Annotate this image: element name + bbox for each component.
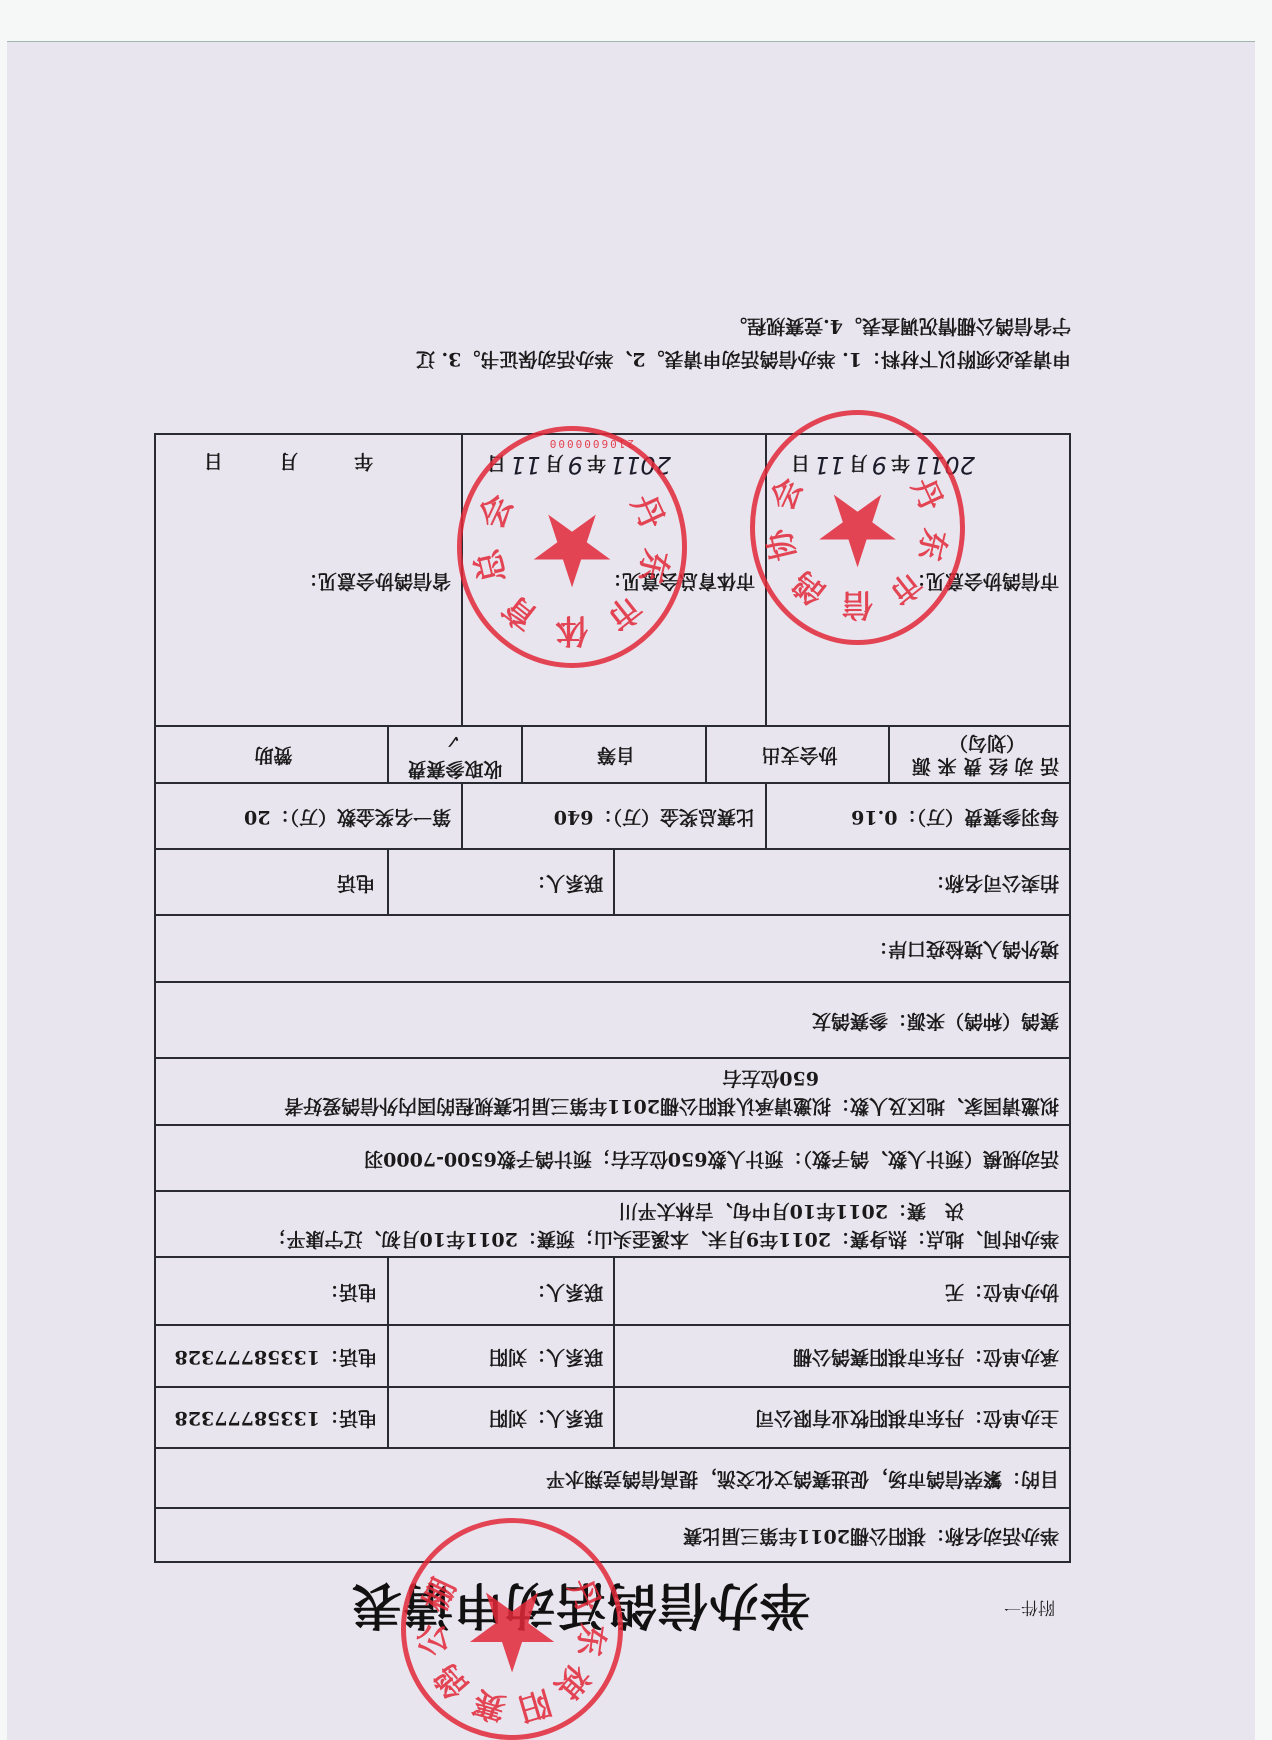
attachment-label: 附件一 [1004,1597,1055,1622]
row-co-organizer: 协办单位：无 联系人： 电话： [155,1257,1070,1325]
organizer-unit-value: 丹东市祺阳赛鸽公棚 [793,1346,964,1368]
purpose-value: 繁荣信鸽市场，促进赛鸽文化交流，提高信鸽竞翔水平 [546,1468,1002,1490]
organizer-phone-label: 电话： [320,1346,377,1368]
note-line1: 申请表必须附以下材料：1. 举办信鸽活动申请表。2、举办活动保证书。3. 辽 [171,342,1071,375]
organizer-phone-cell: 电话：13358777328 [155,1325,388,1387]
co-organizer-phone-label: 电话： [320,1281,377,1303]
time-place-line1: 举办时间、地点：热身赛：2011年9月末、本溪歪头山；预赛：2011年10月初、… [166,1224,1059,1252]
row-organizer: 承办单位：丹东市祺阳赛鸽公棚 联系人：刘阳 电话：13358777328 [155,1325,1070,1387]
co-organizer-unit-value: 无 [945,1281,964,1303]
organizer-contact-value: 刘阳 [489,1346,527,1368]
time-place-label: 举办时间、地点： [907,1228,1059,1250]
opinion-city-sports-federation: 市体育总会意见： 2011年9月11日 [462,434,766,726]
invitees-cell: 拟邀请国家、地区及人数：拟邀请承认祺阳公棚2011年第三届比赛规程的国内外信鸽爱… [155,1058,1070,1125]
invitees-line2: 650位左右 [166,1064,1059,1092]
host-phone-cell: 电话：13358777328 [155,1387,388,1448]
pigeon-source-label: 赛鸽（种鸽）来源： [888,1010,1059,1032]
row-fees: 每羽参赛费（万）：0.16 比赛总奖金（万）：640 第一名奖金数（万）：20 [155,783,1070,849]
opinion-date: 年月日 [176,447,401,475]
organizer-contact-label: 联系人： [527,1346,603,1368]
row-funding: 活 动 经 费 来 源 （划勾） 协会支出 自筹 收取参赛费✓ 赞助 [155,726,1070,783]
row-pigeon-source: 赛鸽（种鸽）来源：参赛鸽友 [155,982,1070,1058]
co-organizer-contact-label: 联系人： [527,1281,603,1303]
row-scale: 活动规模（预计人数、鸽子数）：预计人数650位左右；预计鸽子数6500-7000… [155,1125,1070,1191]
host-unit-label: 主办单位： [964,1407,1059,1429]
auction-company-label: 拍卖公司名称： [926,872,1059,894]
time-place-warmup-prelim: 热身赛：2011年9月末、本溪歪头山；预赛：2011年10月初、辽宁康平； [268,1228,907,1250]
row-time-place: 举办时间、地点：热身赛：2011年9月末、本溪歪头山；预赛：2011年10月初、… [155,1191,1070,1257]
organizer-contact-cell: 联系人：刘阳 [388,1325,614,1387]
scanned-page: 附件一 举办信鸽活动申请表 举办活动名称：祺阳公棚2011年第三届比赛 目的：繁… [0,0,1272,1740]
first-prize-value: 20 [244,806,270,828]
co-organizer-unit-cell: 协办单位：无 [614,1257,1070,1325]
entry-fee-value: 0.16 [851,806,897,828]
total-prize-label: 比赛总奖金（万）： [593,806,755,828]
purpose-label: 目的： [1002,1468,1059,1490]
funding-option-entry-fees[interactable]: 收取参赛费✓ [388,726,522,783]
organizer-unit-cell: 承办单位：丹东市祺阳赛鸽公棚 [614,1325,1070,1387]
opinion-date: 2011年9月11日 [483,447,671,482]
organizer-phone-value: 13358777328 [175,1346,320,1368]
total-prize-cell: 比赛总奖金（万）：640 [462,783,766,849]
host-contact-value: 刘阳 [489,1407,527,1429]
host-unit-value: 丹东市祺阳牧业有限公司 [755,1407,964,1429]
quarantine-port-label: 境外鸽入境检疫口岸： [869,938,1059,960]
application-form: 举办活动名称：祺阳公棚2011年第三届比赛 目的：繁荣信鸽市场，促进赛鸽文化交流… [154,433,1071,1563]
funding-hint: （划勾） [900,732,1059,755]
opinion-label: 市信鸽协会意见： [907,570,1059,592]
paper-sheet: 附件一 举办信鸽活动申请表 举办活动名称：祺阳公棚2011年第三届比赛 目的：繁… [7,41,1255,1740]
row-opinions: 市信鸽协会意见： 2011年9月11日 市体育总会意见： 2011年9月11日 … [155,434,1070,726]
auction-contact-label: 联系人： [527,872,603,894]
funding-option-self-raised[interactable]: 自筹 [522,726,706,783]
attachment-requirements-note: 申请表必须附以下材料：1. 举办信鸽活动申请表。2、举办活动保证书。3. 辽 宁… [171,309,1071,376]
row-invitees: 拟邀请国家、地区及人数：拟邀请承认祺阳公棚2011年第三届比赛规程的国内外信鸽爱… [155,1058,1070,1125]
funding-option-sponsorship[interactable]: 赞助 [155,726,388,783]
total-prize-value: 640 [554,806,594,828]
host-contact-cell: 联系人：刘阳 [388,1387,614,1448]
check-mark-icon: ✓ [445,730,461,752]
row-auction: 拍卖公司名称： 联系人： 电话 [155,849,1070,915]
invitees-line1: 拟邀请国家、地区及人数：拟邀请承认祺阳公棚2011年第三届比赛规程的国内外信鸽爱… [166,1092,1059,1120]
quarantine-port-cell: 境外鸽入境检疫口岸： [155,915,1070,982]
opinion-label: 省信鸽协会意见： [299,570,451,592]
scale-cell: 活动规模（预计人数、鸽子数）：预计人数650位左右；预计鸽子数6500-7000… [155,1125,1070,1191]
activity-name-label: 举办活动名称： [926,1525,1059,1547]
organizer-unit-label: 承办单位： [964,1346,1059,1368]
auction-company-cell: 拍卖公司名称： [614,849,1070,915]
first-prize-cell: 第一名奖金数（万）：20 [155,783,462,849]
entry-fee-cell: 每羽参赛费（万）：0.16 [766,783,1070,849]
co-organizer-phone-cell: 电话： [155,1257,388,1325]
auction-phone-label: 电话 [337,872,375,894]
funding-label: 活 动 经 费 来 源 [900,754,1059,777]
co-organizer-unit-label: 协办单位： [964,1281,1059,1303]
row-purpose: 目的：繁荣信鸽市场，促进赛鸽文化交流，提高信鸽竞翔水平 [155,1448,1070,1508]
row-quarantine-port: 境外鸽入境检疫口岸： [155,915,1070,982]
activity-name-cell: 举办活动名称：祺阳公棚2011年第三届比赛 [155,1508,1070,1562]
host-contact-label: 联系人： [527,1407,603,1429]
auction-phone-cell: 电话 [155,849,388,915]
note-line2: 宁省信鸽公棚情况调查表。4.竞赛规程。 [171,309,1071,342]
host-phone-value: 13358777328 [175,1407,320,1429]
auction-contact-cell: 联系人： [388,849,614,915]
row-activity-name: 举办活动名称：祺阳公棚2011年第三届比赛 [155,1508,1070,1562]
scale-label: 活动规模（预计人数、鸽子数）： [783,1148,1059,1170]
entry-fee-label: 每羽参赛费（万）： [897,806,1059,828]
invitees-label: 拟邀请国家、地区及人数： [831,1095,1059,1117]
page-title: 举办信鸽活动申请表 [351,1573,810,1645]
row-host: 主办单位：丹东市祺阳牧业有限公司 联系人：刘阳 电话：13358777328 [155,1387,1070,1448]
opinion-provincial-pigeon-association: 省信鸽协会意见： 年月日 [155,434,462,726]
host-phone-label: 电话： [320,1407,377,1429]
time-place-final: 举办时间、决 赛：2011年10月中旬、吉林太平川 [166,1196,1059,1224]
time-place-cell: 举办时间、地点：热身赛：2011年9月末、本溪歪头山；预赛：2011年10月初、… [155,1191,1070,1257]
opinion-date: 2011年9月11日 [787,447,975,482]
scale-value: 预计人数650位左右；预计鸽子数6500-7000羽 [364,1148,783,1170]
first-prize-label: 第一名奖金数（万）： [270,806,451,828]
host-unit-cell: 主办单位：丹东市祺阳牧业有限公司 [614,1387,1070,1448]
opinion-label: 市体育总会意见： [603,570,755,592]
funding-label-cell: 活 动 经 费 来 源 （划勾） [889,726,1070,783]
purpose-cell: 目的：繁荣信鸽市场，促进赛鸽文化交流，提高信鸽竞翔水平 [155,1448,1070,1508]
opinion-city-pigeon-association: 市信鸽协会意见： 2011年9月11日 [766,434,1070,726]
pigeon-source-value: 参赛鸽友 [812,1010,888,1032]
pigeon-source-cell: 赛鸽（种鸽）来源：参赛鸽友 [155,982,1070,1058]
activity-name-value: 祺阳公棚2011年第三届比赛 [683,1525,926,1547]
funding-option-association[interactable]: 协会支出 [706,726,889,783]
co-organizer-contact-cell: 联系人： [388,1257,614,1325]
